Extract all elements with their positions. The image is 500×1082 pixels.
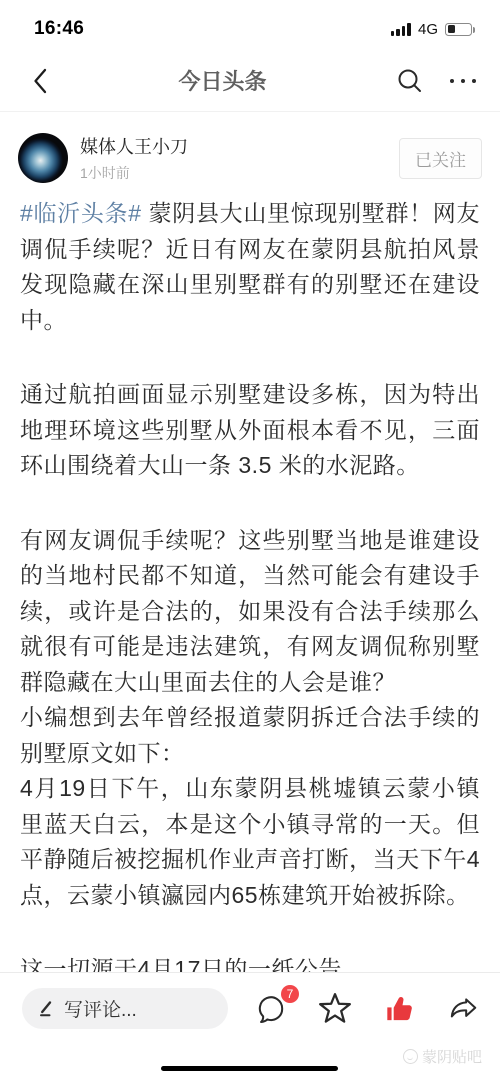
search-button[interactable] xyxy=(396,67,424,95)
article-paragraph: 有网友调侃手续呢？这些别墅当地是谁建设的当地村民都不知道，当然可能会有建设手续，… xyxy=(20,523,480,701)
paragraph-text: 通过航拍画面显示别墅建设多栋，因为特出地理环境这些别墅从外面根本看不见，三面环山… xyxy=(20,381,480,478)
ellipsis-icon xyxy=(448,77,480,85)
action-icons: 7 xyxy=(228,992,480,1026)
thumbs-up-icon xyxy=(382,992,416,1026)
watermark-logo-icon xyxy=(403,1049,418,1064)
battery-icon xyxy=(445,23,472,36)
author-row: 媒体人王小刀 1小时前 已关注 xyxy=(0,133,500,183)
author-name[interactable]: 媒体人王小刀 xyxy=(80,133,399,159)
search-icon xyxy=(396,67,424,95)
article-paragraph: 4月19日下午，山东蒙阴县桃墟镇云蒙小镇里蓝天白云，本是这个小镇寻常的一天。但平… xyxy=(20,771,480,913)
watermark-text: 蒙阴贴吧 xyxy=(422,1046,482,1067)
network-type-label: 4G xyxy=(418,21,438,38)
bottom-section: 写评论... 7 xyxy=(0,972,500,1082)
comments-button[interactable]: 7 xyxy=(254,992,288,1026)
author-avatar[interactable] xyxy=(18,133,68,183)
article-paragraph: 小编想到去年曾经报道蒙阴拆迁合法手续的别墅原文如下： xyxy=(20,700,480,771)
pen-icon xyxy=(36,1000,55,1018)
comment-count-badge: 7 xyxy=(281,985,299,1003)
star-icon xyxy=(318,992,352,1026)
back-chevron-icon xyxy=(32,67,48,95)
like-button[interactable] xyxy=(382,992,416,1026)
favorite-button[interactable] xyxy=(318,992,352,1026)
phone-screen: { "status_bar": { "time": "16:46", "netw… xyxy=(0,0,500,1082)
write-comment-input[interactable]: 写评论... xyxy=(22,988,228,1029)
bottom-toolbar: 写评论... 7 xyxy=(0,972,500,1044)
nav-bar: 今日头条 xyxy=(0,50,500,112)
home-row: 蒙阴贴吧 xyxy=(0,1044,500,1082)
status-bar: 16:46 4G xyxy=(0,0,500,50)
home-indicator[interactable] xyxy=(161,1066,338,1071)
more-button[interactable] xyxy=(448,77,480,85)
paragraph-text: 小编想到去年曾经报道蒙阴拆迁合法手续的别墅原文如下： xyxy=(20,704,480,766)
post-timestamp: 1小时前 xyxy=(80,163,399,183)
cellular-signal-icon xyxy=(391,23,411,36)
back-button[interactable] xyxy=(20,67,60,95)
followed-button[interactable]: 已关注 xyxy=(399,138,482,179)
clock: 16:46 xyxy=(34,18,84,40)
article-paragraph: 通过航拍画面显示别墅建设多栋，因为特出地理环境这些别墅从外面根本看不见，三面环山… xyxy=(20,377,480,484)
comment-placeholder: 写评论... xyxy=(64,995,137,1022)
page-title: 今日头条 xyxy=(60,65,385,96)
share-button[interactable] xyxy=(446,992,480,1026)
article-paragraph: #临沂头条# 蒙阴县大山里惊现别墅群！网友调侃手续呢？近日有网友在蒙阴县航拍风景… xyxy=(20,196,480,338)
paragraph-text: 有网友调侃手续呢？这些别墅当地是谁建设的当地村民都不知道，当然可能会有建设手续，… xyxy=(20,527,480,695)
article-body: #临沂头条# 蒙阴县大山里惊现别墅群！网友调侃手续呢？近日有网友在蒙阴县航拍风景… xyxy=(0,183,500,988)
hashtag-link[interactable]: #临沂头条# xyxy=(20,200,142,226)
paragraph-text: 4月19日下午，山东蒙阴县桃墟镇云蒙小镇里蓝天白云，本是这个小镇寻常的一天。但平… xyxy=(20,775,480,908)
watermark: 蒙阴贴吧 xyxy=(403,1046,482,1067)
share-arrow-icon xyxy=(446,992,480,1026)
